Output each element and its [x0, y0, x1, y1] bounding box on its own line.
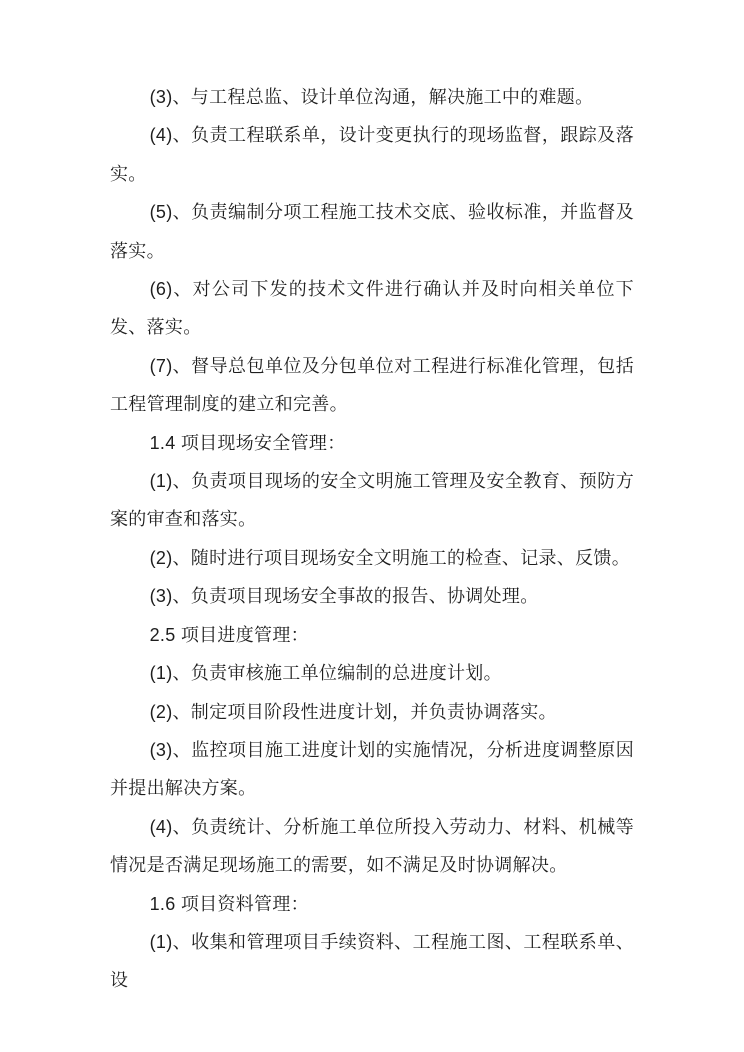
paragraph-duty-4: (4)、负责工程联系单，设计变更执行的现场监督，跟踪及落实。: [110, 116, 634, 193]
paragraph-duty-7: (7)、督导总包单位及分包单位对工程进行标准化管理，包括工程管理制度的建立和完善…: [110, 347, 634, 424]
paragraph-schedule-4: (4)、负责统计、分析施工单位所投入劳动力、材料、机械等情况是否满足现场施工的需…: [110, 808, 634, 885]
paragraph-duty-6: (6)、对公司下发的技术文件进行确认并及时向相关单位下发、落实。: [110, 270, 634, 347]
section-heading-2-5: 2.5 项目进度管理：: [110, 616, 634, 654]
paragraph-safety-1: (1)、负责项目现场的安全文明施工管理及安全教育、预防方案的审查和落实。: [110, 462, 634, 539]
paragraph-safety-2: (2)、随时进行项目现场安全文明施工的检查、记录、反馈。: [110, 539, 634, 577]
paragraph-duty-5: (5)、负责编制分项工程施工技术交底、验收标准，并监督及落实。: [110, 193, 634, 270]
paragraph-records-1: (1)、收集和管理项目手续资料、工程施工图、工程联系单、设: [110, 923, 634, 1000]
paragraph-safety-3: (3)、负责项目现场安全事故的报告、协调处理。: [110, 577, 634, 615]
paragraph-duty-3: (3)、与工程总监、设计单位沟通，解决施工中的难题。: [110, 78, 634, 116]
paragraph-schedule-1: (1)、负责审核施工单位编制的总进度计划。: [110, 654, 634, 692]
document-text-block: (3)、与工程总监、设计单位沟通，解决施工中的难题。 (4)、负责工程联系单，设…: [110, 78, 634, 1000]
section-heading-1-6: 1.6 项目资料管理：: [110, 885, 634, 923]
paragraph-schedule-2: (2)、制定项目阶段性进度计划，并负责协调落实。: [110, 693, 634, 731]
section-heading-1-4: 1.4 项目现场安全管理：: [110, 424, 634, 462]
document-page: (3)、与工程总监、设计单位沟通，解决施工中的难题。 (4)、负责工程联系单，设…: [0, 0, 744, 1052]
paragraph-schedule-3: (3)、监控项目施工进度计划的实施情况，分析进度调整原因并提出解决方案。: [110, 731, 634, 808]
